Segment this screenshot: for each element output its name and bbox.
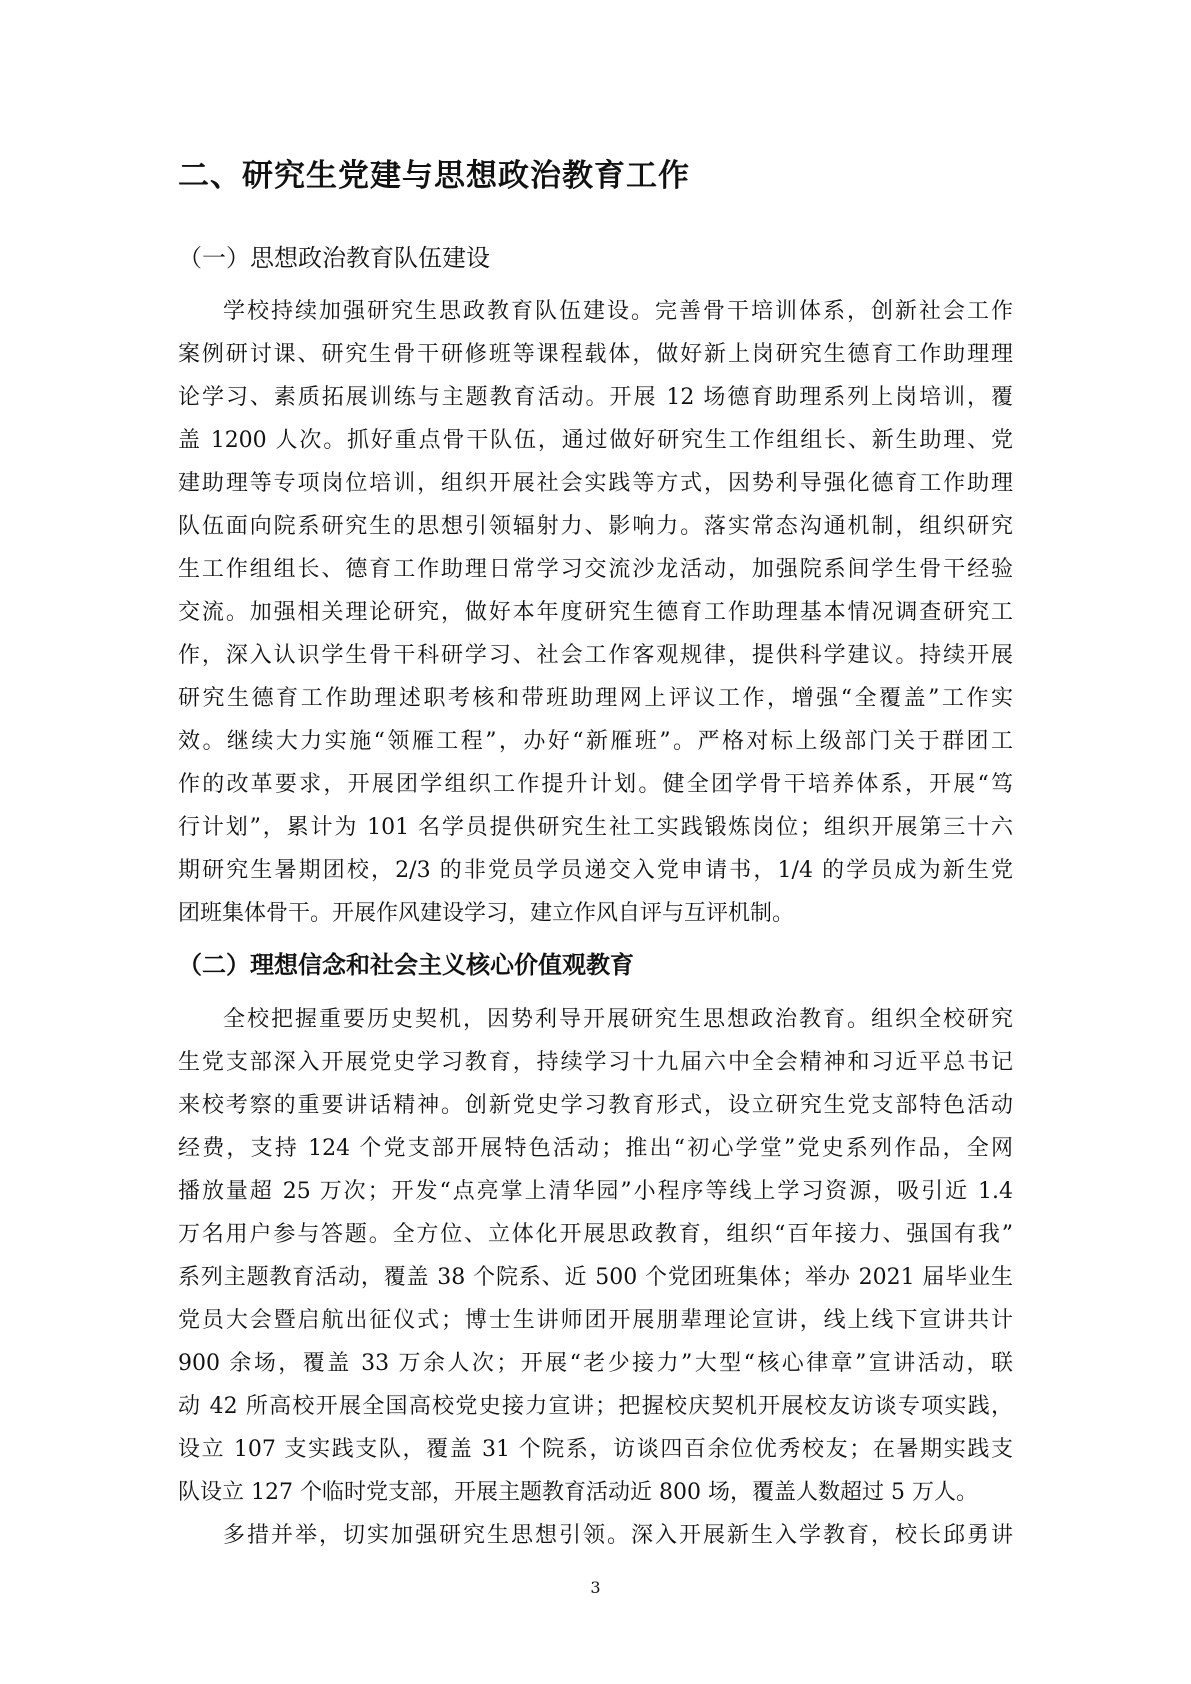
text-line: 团班集体骨干。开展作风建设学习，建立作风自评与互评机制。 [178, 899, 1013, 929]
subsection-heading-1: （一）思想政治教育队伍建设 [178, 238, 490, 273]
text-line: 行计划”，累计为 101 名学员提供研究生社工实践锻炼岗位；组织开展第三十六 [178, 813, 1013, 843]
text-line: 论学习、素质拓展训练与主题教育活动。开展 12 场德育助理系列上岗培训，覆 [178, 383, 1013, 413]
text-line: 效。继续大力实施“领雁工程”，办好“新雁班”。严格对标上级部门关于群团工 [178, 727, 1013, 757]
text-line: 学校持续加强研究生思政教育队伍建设。完善骨干培训体系，创新社会工作 [223, 297, 1013, 327]
text-line: 动 42 所高校开展全国高校党史接力宣讲；把握校庆契机开展校友访谈专项实践， [178, 1392, 1013, 1422]
text-line: 设立 107 支实践支队，覆盖 31 个院系，访谈四百余位优秀校友；在暑期实践支 [178, 1435, 1013, 1465]
text-line: 生党支部深入开展党史学习教育，持续学习十九届六中全会精神和习近平总书记 [178, 1048, 1013, 1078]
text-line: 盖 1200 人次。抓好重点骨干队伍，通过做好研究生工作组组长、新生助理、党 [178, 426, 1013, 456]
text-line: 生工作组组长、德育工作助理日常学习交流沙龙活动，加强院系间学生骨干经验 [178, 555, 1013, 585]
text-line: 建助理等专项岗位培训，组织开展社会实践等方式，因势利导强化德育工作助理 [178, 469, 1013, 499]
text-line: 全校把握重要历史契机，因势利导开展研究生思想政治教育。组织全校研究 [223, 1005, 1013, 1035]
text-line: 多措并举，切实加强研究生思想引领。深入开展新生入学教育，校长邱勇讲 [223, 1521, 1013, 1551]
text-line: 队伍面向院系研究生的思想引领辐射力、影响力。落实常态沟通机制，组织研究 [178, 512, 1013, 542]
page-number: 3 [0, 1578, 1191, 1597]
text-line: 作的改革要求，开展团学组织工作提升计划。健全团学骨干培养体系，开展“笃 [178, 770, 1013, 800]
text-line: 案例研讨课、研究生骨干研修班等课程载体，做好新上岗研究生德育工作助理理 [178, 340, 1013, 370]
text-line: 900 余场，覆盖 33 万余人次；开展“老少接力”大型“核心律章”宣讲活动，联 [178, 1349, 1013, 1379]
text-line: 经费，支持 124 个党支部开展特色活动；推出“初心学堂”党史系列作品，全网 [178, 1134, 1013, 1164]
text-line: 播放量超 25 万次；开发“点亮掌上清华园”小程序等线上学习资源，吸引近 1.4 [178, 1177, 1013, 1207]
subsection-heading-2: （二）理想信念和社会主义核心价值观教育 [178, 945, 634, 980]
text-line: 来校考察的重要讲话精神。创新党史学习教育形式，设立研究生党支部特色活动 [178, 1091, 1013, 1121]
text-line: 队设立 127 个临时党支部，开展主题教育活动近 800 场，覆盖人数超过 5 … [178, 1478, 1013, 1508]
section-title: 二、研究生党建与思想政治教育工作 [178, 150, 690, 195]
text-line: 党员大会暨启航出征仪式；博士生讲师团开展朋辈理论宣讲，线上线下宣讲共计 [178, 1306, 1013, 1336]
document-page: 二、研究生党建与思想政治教育工作 （一）思想政治教育队伍建设 学校持续加强研究生… [0, 0, 1191, 1684]
text-line: 期研究生暑期团校，2/3 的非党员学员递交入党申请书，1/4 的学员成为新生党 [178, 856, 1013, 886]
text-line: 交流。加强相关理论研究，做好本年度研究生德育工作助理基本情况调查研究工 [178, 598, 1013, 628]
text-line: 作，深入认识学生骨干科研学习、社会工作客观规律，提供科学建议。持续开展 [178, 641, 1013, 671]
text-line: 研究生德育工作助理述职考核和带班助理网上评议工作，增强“全覆盖”工作实 [178, 684, 1013, 714]
text-line: 系列主题教育活动，覆盖 38 个院系、近 500 个党团班集体；举办 2021 … [178, 1263, 1013, 1293]
text-line: 万名用户参与答题。全方位、立体化开展思政教育，组织“百年接力、强国有我” [178, 1220, 1013, 1250]
